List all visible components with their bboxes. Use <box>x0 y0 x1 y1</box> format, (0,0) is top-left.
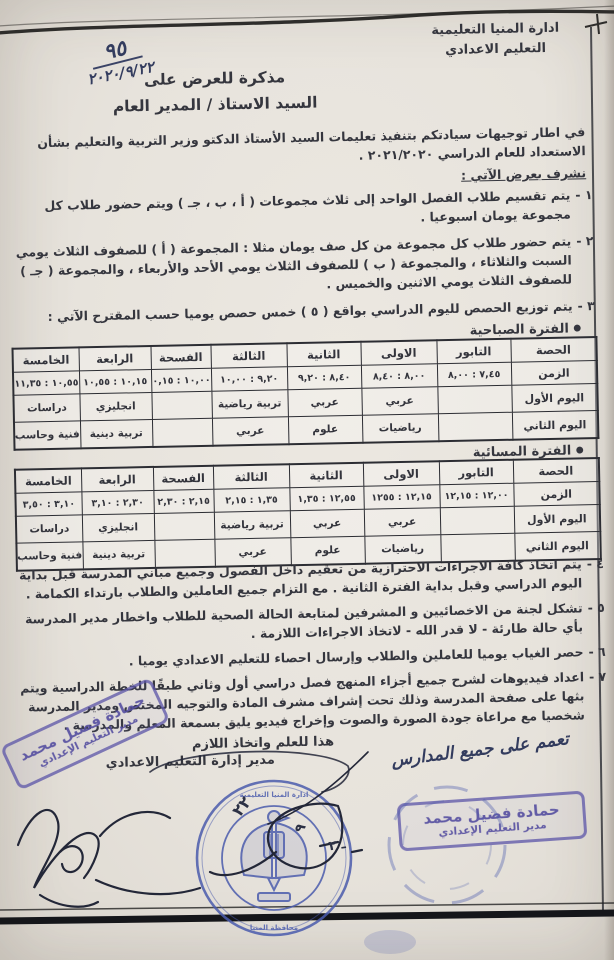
bullet-icon: ● <box>573 323 581 333</box>
schedule-cell: ٢,١٥ : ٢,٣٠ <box>153 489 213 513</box>
schedule-cell: انجليزي <box>82 513 155 541</box>
item-text: تشكل لجنة من الاخصائيين و المشرفين لمتاب… <box>11 598 583 647</box>
schedule-cell: ١٢,٠٠ : ١٢,١٥ <box>439 483 513 507</box>
schedule-cell <box>154 512 215 540</box>
schedule-cell: عربي <box>212 417 289 446</box>
schedule-cell: تربية رياضية <box>211 390 288 419</box>
item-number: ١ - <box>575 185 593 223</box>
column-header: الثانية <box>286 342 360 367</box>
column-header: الفسحة <box>153 466 213 491</box>
eagle-emblem-icon <box>241 811 306 901</box>
intro-paragraph: في اطار توجيهات سيادتكم بتنفيذ تعليمات ا… <box>5 122 586 194</box>
column-header: الفسحة <box>150 345 210 370</box>
item-text: يتم حضور طلاب كل مجموعة من كل صف يومان م… <box>5 232 572 300</box>
memo-items-top: ١ -يتم تقسيم طلاب الفصل الواحد إلى ثلاث … <box>4 185 595 335</box>
schedule-cell: ١٢,٥٥ : ١,٣٥ <box>289 486 363 510</box>
column-header: الاولى <box>360 340 436 365</box>
column-header: الحصة <box>510 337 596 362</box>
memo-title: مذكرة للعرض على السيد الاستاذ / المدير ا… <box>92 63 338 121</box>
schedule-cell: ١٢,١٥ : ١٢٥٥ <box>363 485 439 510</box>
intro-lead: نشرف بعرض الآتي : <box>461 163 586 185</box>
column-header: الخامسة <box>13 347 79 372</box>
evening-schedule-table: الحصةالتابورالاولىالثانيةالثالثةالفسحةال… <box>14 457 602 572</box>
bullet-icon: ● <box>576 445 584 455</box>
item-number: ٥ - <box>587 598 605 636</box>
schedule-cell: ٣,١٠ : ٣,٥٠ <box>15 492 81 516</box>
row-label: اليوم الثاني <box>512 411 599 440</box>
row-label: اليوم الأول <box>511 384 598 413</box>
column-header: الثانية <box>289 463 363 488</box>
schedule-cell: ٢,٣٠ : ٣,١٠ <box>81 490 153 514</box>
item-number: ٣ - <box>577 296 595 315</box>
memo-item: ٢ -يتم حضور طلاب كل مجموعة من كل صف يوما… <box>5 231 594 300</box>
schedule-cell: عربي <box>287 388 362 416</box>
item-number: ٢ - <box>576 231 594 288</box>
schedule-cell: رياضيات <box>362 414 439 443</box>
column-header: الاولى <box>363 461 439 486</box>
administration-name: ادارة المنيا التعليمية <box>415 18 575 41</box>
schedule-cell: علوم <box>288 415 363 444</box>
schedule-cell: فنية وحاسب <box>14 421 81 450</box>
row-label: الزمن <box>511 361 597 386</box>
closing-statement: هذا للعلم واتخاذ اللازم <box>155 734 370 753</box>
schedule-cell: ١٠,٠٠ : ١٠,١٥ <box>151 368 211 392</box>
faded-partial-stamp <box>385 780 525 920</box>
item-number: ٦ - <box>588 642 606 661</box>
item-text: يتم تقسيم طلاب الفصل الواحد إلى ثلاث مجم… <box>4 186 570 235</box>
schedule-cell: عربي <box>364 508 441 537</box>
morning-schedule-table: الحصةالتابورالاولىالثانيةالثالثةالفسحةال… <box>11 336 599 451</box>
column-header: التابور <box>436 339 510 364</box>
schedule-cell <box>152 418 213 447</box>
memo-item: ١ -يتم تقسيم طلاب الفصل الواحد إلى ثلاث … <box>4 185 593 235</box>
schedule-cell: ١,٣٥ : ٢,١٥ <box>213 488 289 513</box>
schedule-cell: ٨,٠٠ : ٨,٤٠ <box>361 364 437 389</box>
schedule-cell: ١٠,١٥ : ١٠,٥٥ <box>79 369 151 393</box>
schedule-cell: ٧,٤٥ : ٨,٠٠ <box>437 362 511 386</box>
schedule-cell: عربي <box>290 509 365 537</box>
schedule-cell: ٩,٢٠ : ١٠,٠٠ <box>211 367 287 392</box>
item-number: ٤ - <box>587 554 605 592</box>
signatory-title: مدير إدارة التعليم الاعدادي <box>68 752 313 772</box>
row-label: اليوم الأول <box>514 504 601 533</box>
schedule-cell: تربية رياضية <box>214 511 291 540</box>
schedule-cell <box>437 385 512 413</box>
schedule-cell: دراسات <box>13 394 80 422</box>
column-header: الثالثة <box>213 464 289 489</box>
stamp-ring-text-top: ادارة المنيا التعليمية <box>240 791 309 799</box>
item-number: ٧ - <box>589 667 607 724</box>
memo-title-line2: السيد الاستاذ / المدير العام <box>92 90 337 121</box>
schedule-cell: انجليزي <box>79 392 152 420</box>
schedule-cell: عربي <box>361 387 438 416</box>
schedule-cell <box>440 506 515 534</box>
department-name: التعليم الاعدادي <box>415 39 575 62</box>
column-header: التابور <box>439 460 513 485</box>
document-page: { "page": { "admin_line1": "ادارة المنيا… <box>0 0 614 960</box>
stamp-ring-text-bottom: محافظة المنيا <box>250 924 298 932</box>
schedule-cell: تربية دينية <box>80 419 153 448</box>
schedule-cell: ١٠,٥٥ : ١١,٣٥ <box>13 371 79 395</box>
schedule-table: الحصةالتابورالاولىالثانيةالثالثةالفسحةال… <box>14 457 602 572</box>
schedule-cell <box>151 391 212 419</box>
official-round-eagle-stamp: ادارة المنيا التعليمية محافظة المنيا <box>184 770 364 950</box>
administration-header: ادارة المنيا التعليمية التعليم الاعدادي <box>415 18 576 61</box>
schedule-cell: ٨,٤٠ : ٩,٢٠ <box>287 365 361 389</box>
row-label: الزمن <box>513 481 599 506</box>
column-header: الحصة <box>513 458 599 483</box>
column-header: الثالثة <box>210 343 286 368</box>
schedule-cell: دراسات <box>16 515 83 543</box>
schedule-cell <box>438 412 513 441</box>
schedule-table: الحصةالتابورالاولىالثانيةالثالثةالفسحةال… <box>11 336 599 451</box>
column-header: الرابعة <box>81 467 153 492</box>
memo-item: ٥ -تشكل لجنة من الاخصائيين و المشرفين لم… <box>11 598 606 648</box>
column-header: الرابعة <box>78 346 150 371</box>
column-header: الخامسة <box>15 468 81 493</box>
